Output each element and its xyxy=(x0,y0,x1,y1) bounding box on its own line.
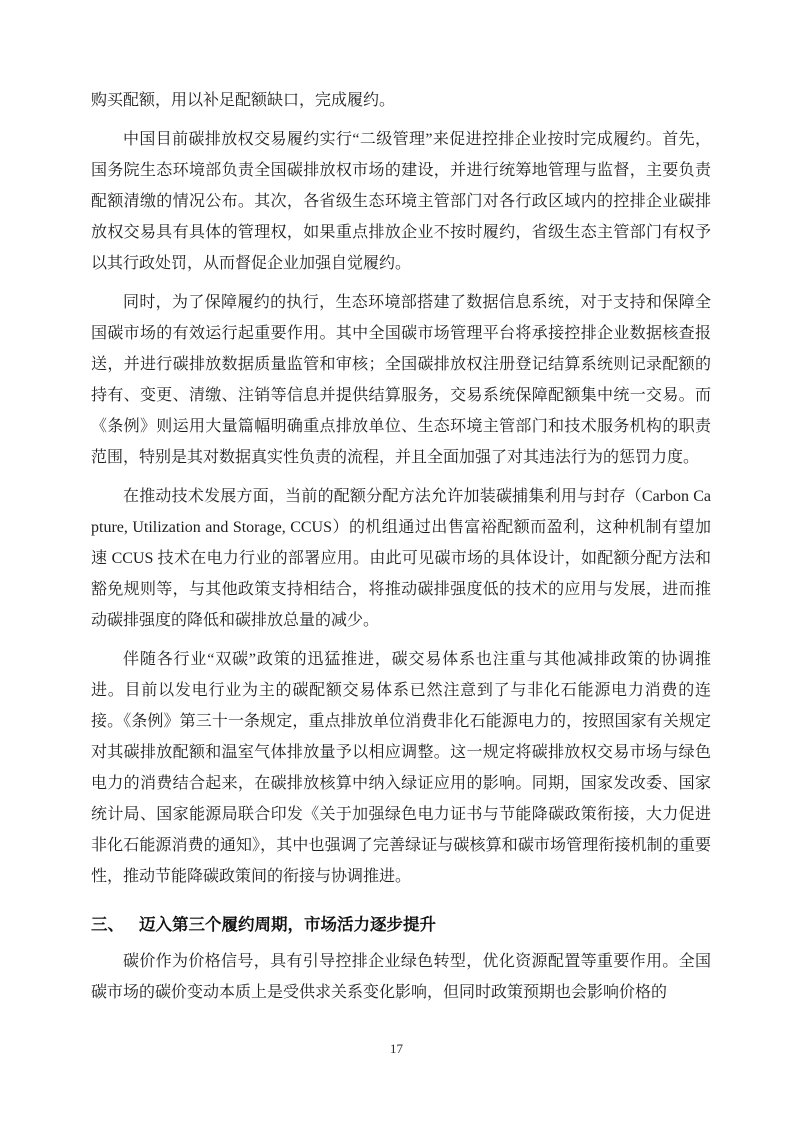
page-content: 购买配额，用以补足配额缺口，完成履约。中国目前碳排放权交易履约实行“二级管理”来… xyxy=(91,85,711,1016)
page-number: 17 xyxy=(390,1041,403,1056)
paragraph: 伴随各行业“双碳”政策的迅猛推进，碳交易体系也注重与其他减排政策的协调推进。目前… xyxy=(91,644,711,892)
paragraph: 购买配额，用以补足配额缺口，完成履约。 xyxy=(91,85,711,116)
heading-title: 迈入第三个履约周期，市场活力逐步提升 xyxy=(139,915,436,934)
paragraph: 在推动技术发展方面，当前的配额分配方法允许加装碳捕集利用与封存（Carbon C… xyxy=(91,481,711,636)
paragraph: 同时，为了保障履约的执行，生态环境部搭建了数据信息系统，对于支持和保障全国碳市场… xyxy=(91,287,711,473)
paragraph: 中国目前碳排放权交易履约实行“二级管理”来促进控排企业按时完成履约。首先，国务院… xyxy=(91,124,711,279)
paragraph: 碳价作为价格信号，具有引导控排企业绿色转型，优化资源配置等重要作用。全国碳市场的… xyxy=(91,946,711,1008)
page-footer: 17 xyxy=(0,1041,793,1057)
document-page: 购买配额，用以补足配额缺口，完成履约。中国目前碳排放权交易履约实行“二级管理”来… xyxy=(0,0,793,1121)
heading-number: 三、 xyxy=(91,915,124,934)
section-heading: 三、迈入第三个履约周期，市场活力逐步提升 xyxy=(91,909,711,940)
